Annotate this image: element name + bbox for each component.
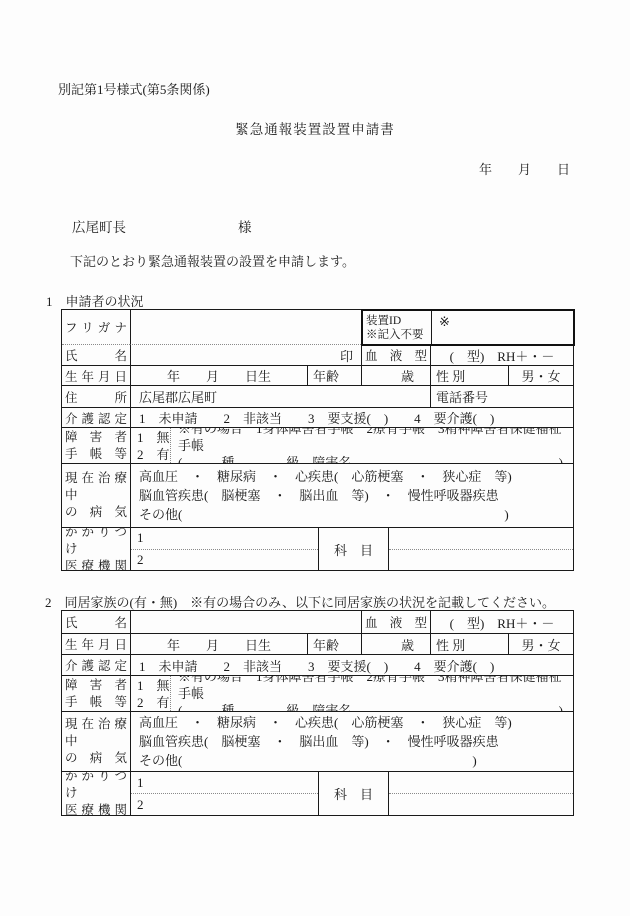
birth-label-cell: 生年月日 [62, 634, 130, 654]
form-code: 別記第1号様式(第5条関係) [58, 79, 210, 98]
dept-row-1[interactable] [389, 772, 573, 794]
blood-value-cell[interactable]: ( 型) RH＋・－ [430, 611, 573, 633]
age-label-cell: 年齢 [307, 634, 361, 654]
table-row: 障害者 手帳等 1 無 2 有 ※有の場合 1身体障害者手帳 2療育手帳 3精神… [62, 675, 573, 711]
kaigo-options-cell[interactable]: 1 未申請 2 非該当 3 要支援( ) 4 要介護( ) [130, 655, 573, 675]
name-label: 氏名 [65, 346, 127, 364]
dept-input-cell[interactable] [388, 772, 573, 815]
furigana-label: フリガナ [65, 318, 127, 336]
doctor-label-cell: かかりつけ 医療機関 [62, 772, 130, 815]
table-row: かかりつけ 医療機関 1 2 科 目 [62, 771, 573, 815]
techo-label-1: 障害者 [65, 677, 127, 694]
techo-detail[interactable]: ( 種 級 障害名 [178, 454, 351, 463]
document-title: 緊急通報装置設置申請書 [0, 118, 630, 138]
furigana-label-cell: フリガナ [62, 310, 130, 345]
doctor-label-1: かかりつけ [65, 772, 127, 802]
age-input-cell[interactable]: 歳 [361, 634, 430, 654]
disease-options-cell[interactable]: 高血圧 ・ 糖尿病 ・ 心疾患( 心筋梗塞 ・ 狭心症 等) 脳血管疾患( 脳梗… [130, 712, 573, 771]
device-id-note: ※記入不要 [366, 328, 424, 342]
intro-sentence: 下記のとおり緊急通報装置の設置を申請します。 [70, 251, 355, 270]
techo-option-have[interactable]: 2 有 [137, 446, 170, 463]
table-row: 現在治療中 の病気 高血圧 ・ 糖尿病 ・ 心疾患( 心筋梗塞 ・ 狭心症 等)… [62, 711, 573, 771]
doctor-row-1[interactable]: 1 [131, 528, 318, 550]
doctor-label-1: かかりつけ [65, 528, 127, 558]
seal-label: 印 [340, 346, 353, 365]
applicant-table: フリガナ 装置ID ※記入不要 ※ 氏名 印 血液型 ( 型) RH＋・－ [61, 309, 574, 571]
sex-value-cell[interactable]: 男・女 [508, 366, 573, 385]
disease-other-blank[interactable] [182, 751, 472, 770]
disease-other-open[interactable]: その他( [139, 505, 182, 524]
table-row: 氏名 血液型 ( 型) RH＋・－ [62, 611, 573, 633]
addressee-line: 広尾町長様 [72, 216, 252, 236]
techo-detail-close: ) [559, 454, 563, 463]
techo-options-cell[interactable]: 1 無 2 有 ※有の場合 1身体障害者手帳 2療育手帳 3精神障害者保健福祉手… [130, 428, 573, 463]
doctor-label-2: 医療機関 [65, 558, 127, 571]
name-label: 氏名 [65, 613, 127, 631]
table-row: かかりつけ 医療機関 1 2 科 目 [62, 527, 573, 570]
disease-line-2[interactable]: 脳血管疾患( 脳梗塞 ・ 脳出血 等) ・ 慢性呼吸器疾患 [139, 732, 499, 751]
sex-value-cell[interactable]: 男・女 [508, 634, 573, 654]
disease-line-1[interactable]: 高血圧 ・ 糖尿病 ・ 心疾患( 心筋梗塞 ・ 狭心症 等) [139, 467, 512, 486]
techo-detail-close: ) [559, 702, 563, 711]
address-label-cell: 住所 [62, 386, 130, 407]
phone-input-cell[interactable]: 電話番号 [430, 386, 573, 407]
family-table: 氏名 血液型 ( 型) RH＋・－ 生年月日 年 月 日生 年齢 歳 性 別 男… [61, 610, 574, 816]
techo-detail-column[interactable]: ※有の場合 1身体障害者手帳 2療育手帳 3精神障害者保健福祉手帳 ( 種 級 … [171, 676, 573, 711]
techo-choice-column[interactable]: 1 無 2 有 [131, 676, 171, 711]
disease-other-open[interactable]: その他( [139, 751, 182, 770]
table-row: フリガナ 装置ID ※記入不要 ※ [62, 310, 573, 345]
dept-row-2[interactable] [389, 550, 573, 571]
disease-label-cell: 現在治療中 の病気 [62, 464, 130, 527]
device-id-label: 装置ID [366, 314, 401, 328]
doctor-row-1[interactable]: 1 [131, 772, 318, 794]
techo-detail[interactable]: ( 種 級 障害名 [178, 702, 351, 711]
kaigo-label-cell: 介護認定 [62, 408, 130, 427]
blood-label-cell: 血液型 [361, 345, 430, 365]
device-id-value-cell: ※ [432, 311, 573, 344]
techo-option-none[interactable]: 1 無 [137, 429, 170, 446]
dept-label-cell: 科 目 [318, 772, 388, 815]
disease-line-2[interactable]: 脳血管疾患( 脳梗塞 ・ 脳出血 等) ・ 慢性呼吸器疾患 [139, 486, 499, 505]
techo-choice-column[interactable]: 1 無 2 有 [131, 428, 171, 463]
doctor-row-2[interactable]: 2 [131, 550, 318, 571]
age-label-cell: 年齢 [307, 366, 361, 385]
doctor-label-2: 医療機関 [65, 802, 127, 815]
table-row: 障害者 手帳等 1 無 2 有 ※有の場合 1身体障害者手帳 2療育手帳 3精神… [62, 427, 573, 463]
techo-note: ※有の場合 1身体障害者手帳 2療育手帳 3精神障害者保健福祉手帳 [178, 428, 573, 454]
age-input-cell[interactable]: 歳 [361, 366, 430, 385]
name-label-cell: 氏名 [62, 611, 130, 633]
table-row: 住所 広尾郡広尾町 電話番号 [62, 385, 573, 407]
table-row: 生年月日 年 月 日生 年齢 歳 性 別 男・女 [62, 365, 573, 385]
techo-label-2: 手帳等 [65, 446, 127, 463]
dept-row-1[interactable] [389, 528, 573, 550]
birth-label: 生年月日 [65, 635, 127, 653]
date-field[interactable]: 年 月 日 [479, 159, 570, 178]
kaigo-label: 介護認定 [65, 656, 127, 674]
techo-note: ※有の場合 1身体障害者手帳 2療育手帳 3精神障害者保健福祉手帳 [178, 676, 573, 702]
techo-label-cell: 障害者 手帳等 [62, 676, 130, 711]
table-row: 生年月日 年 月 日生 年齢 歳 性 別 男・女 [62, 633, 573, 654]
kaigo-label-cell: 介護認定 [62, 655, 130, 675]
disease-label-cell: 現在治療中 の病気 [62, 712, 130, 771]
techo-option-have[interactable]: 2 有 [137, 694, 170, 711]
kaigo-label: 介護認定 [65, 409, 127, 427]
techo-label-1: 障害者 [65, 429, 127, 446]
dept-label-cell: 科 目 [318, 528, 388, 570]
dept-input-cell[interactable] [388, 528, 573, 570]
techo-label-cell: 障害者 手帳等 [62, 428, 130, 463]
address-input-cell[interactable]: 広尾郡広尾町 [130, 386, 430, 407]
birth-label-cell: 生年月日 [62, 366, 130, 385]
birth-input-cell[interactable]: 年 月 日生 [130, 634, 307, 654]
name-input-cell[interactable]: 印 [130, 345, 361, 365]
techo-options-cell[interactable]: 1 無 2 有 ※有の場合 1身体障害者手帳 2療育手帳 3精神障害者保健福祉手… [130, 676, 573, 711]
table-row: 現在治療中 の病気 高血圧 ・ 糖尿病 ・ 心疾患( 心筋梗塞 ・ 狭心症 等)… [62, 463, 573, 527]
blood-label-cell: 血液型 [361, 611, 430, 633]
kaigo-options-cell[interactable]: 1 未申請 2 非該当 3 要支援( ) 4 要介護( ) [130, 408, 573, 427]
disease-line-1[interactable]: 高血圧 ・ 糖尿病 ・ 心疾患( 心筋梗塞 ・ 狭心症 等) [139, 713, 512, 732]
techo-option-none[interactable]: 1 無 [137, 677, 170, 694]
birth-label: 生年月日 [65, 367, 127, 385]
device-id-label-cell: 装置ID ※記入不要 [363, 311, 432, 344]
sex-label-cell: 性 別 [430, 366, 508, 385]
blood-label: 血液型 [365, 346, 427, 364]
doctor-input-cell[interactable]: 1 2 [130, 528, 318, 570]
furigana-input-cell[interactable] [130, 310, 361, 345]
table-row: 介護認定 1 未申請 2 非該当 3 要支援( ) 4 要介護( ) [62, 654, 573, 675]
dept-row-2[interactable] [389, 794, 573, 815]
disease-label-1: 現在治療中 [65, 470, 127, 504]
disease-label-1: 現在治療中 [65, 716, 127, 750]
disease-options-cell[interactable]: 高血圧 ・ 糖尿病 ・ 心疾患( 心筋梗塞 ・ 狭心症 等) 脳血管疾患( 脳梗… [130, 464, 573, 527]
blood-value-cell[interactable]: ( 型) RH＋・－ [430, 345, 573, 365]
doctor-row-2[interactable]: 2 [131, 794, 318, 815]
addressee: 広尾町長 [72, 220, 126, 235]
table-row: 介護認定 1 未申請 2 非該当 3 要支援( ) 4 要介護( ) [62, 407, 573, 427]
disease-other-blank[interactable] [182, 505, 504, 524]
name-input-cell[interactable] [130, 611, 361, 633]
birth-input-cell[interactable]: 年 月 日生 [130, 366, 307, 385]
techo-detail-column[interactable]: ※有の場合 1身体障害者手帳 2療育手帳 3精神障害者保健福祉手帳 ( 種 級 … [171, 428, 573, 463]
table-row: 氏名 印 血液型 ( 型) RH＋・－ [62, 345, 573, 365]
disease-other-close: ) [472, 751, 476, 770]
application-form-page: 別記第1号様式(第5条関係) 緊急通報装置設置申請書 年 月 日 広尾町長様 下… [0, 0, 630, 916]
section2-heading: 2 同居家族の(有・無) ※有の場合のみ、以下に同居家族の状況を記載してください… [45, 592, 555, 611]
disease-label-2: の病気 [65, 504, 127, 521]
section1-heading: 1 申請者の状況 [46, 291, 144, 310]
sex-label-cell: 性 別 [430, 634, 508, 654]
honorific: 様 [238, 220, 252, 235]
device-id-box: 装置ID ※記入不要 ※ [361, 309, 575, 346]
blood-label: 血液型 [365, 613, 427, 631]
name-label-cell: 氏名 [62, 345, 130, 365]
disease-other-close: ) [504, 505, 508, 524]
address-label: 住所 [65, 388, 127, 406]
doctor-label-cell: かかりつけ 医療機関 [62, 528, 130, 570]
disease-label-2: の病気 [65, 750, 127, 767]
techo-label-2: 手帳等 [65, 694, 127, 711]
doctor-input-cell[interactable]: 1 2 [130, 772, 318, 815]
